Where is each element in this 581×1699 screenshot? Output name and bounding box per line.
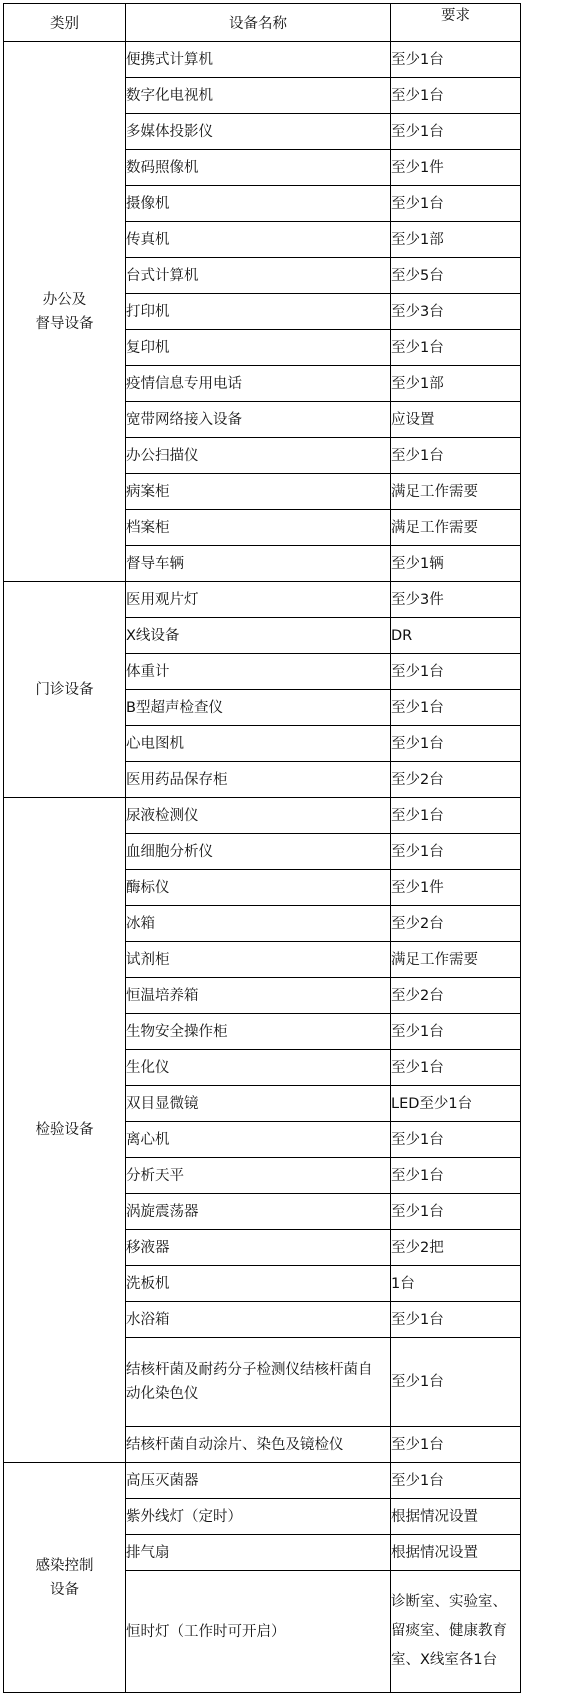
header-row: 类别 设备名称 要求: [4, 4, 521, 42]
requirement-value: 至少3台: [391, 294, 521, 330]
requirement-value: 至少1件: [391, 870, 521, 906]
requirement-value: 根据情况设置: [391, 1499, 521, 1535]
category-cell: 门诊设备: [4, 582, 126, 798]
equipment-name: 台式计算机: [126, 258, 391, 294]
requirement-value: 满足工作需要: [391, 942, 521, 978]
equipment-name: 多媒体投影仪: [126, 114, 391, 150]
requirement-value: 满足工作需要: [391, 474, 521, 510]
equipment-name: 数码照像机: [126, 150, 391, 186]
requirement-value: 至少1台: [391, 1014, 521, 1050]
requirement-value: 至少1件: [391, 150, 521, 186]
equipment-name: 打印机: [126, 294, 391, 330]
equipment-name: B型超声检查仪: [126, 690, 391, 726]
category-label: 门诊设备: [4, 678, 125, 702]
equipment-name: 医用观片灯: [126, 582, 391, 618]
equipment-name: X线设备: [126, 618, 391, 654]
requirement-value: 至少1台: [391, 1463, 521, 1499]
requirement-value: 至少1台: [391, 1427, 521, 1463]
equipment-name: 结核杆菌自动涂片、染色及镜检仪: [126, 1427, 391, 1463]
equipment-name: 酶标仪: [126, 870, 391, 906]
equipment-name: 冰箱: [126, 906, 391, 942]
equipment-name: 传真机: [126, 222, 391, 258]
header-requirement: 要求: [391, 4, 521, 42]
equipment-name: 宽带网络接入设备: [126, 402, 391, 438]
requirement-value: 至少5台: [391, 258, 521, 294]
equipment-name: 督导车辆: [126, 546, 391, 582]
category-label: 督导设备: [4, 312, 125, 336]
requirement-value: 至少1台: [391, 438, 521, 474]
table-body: 办公及督导设备便携式计算机至少1台数字化电视机至少1台多媒体投影仪至少1台数码照…: [4, 42, 521, 1693]
requirement-value: 根据情况设置: [391, 1535, 521, 1571]
equipment-name: 移液器: [126, 1230, 391, 1266]
equipment-name: 数字化电视机: [126, 78, 391, 114]
requirement-value: 至少2台: [391, 978, 521, 1014]
equipment-name: 摄像机: [126, 186, 391, 222]
equipment-name: 复印机: [126, 330, 391, 366]
equipment-name: 病案柜: [126, 474, 391, 510]
requirement-value: 至少1台: [391, 1302, 521, 1338]
category-cell: 办公及督导设备: [4, 42, 126, 582]
category-label: 办公及: [4, 288, 125, 312]
equipment-name: 医用药品保存柜: [126, 762, 391, 798]
equipment-name: 结核杆菌及耐药分子检测仪结核杆菌自动化染色仪: [126, 1338, 391, 1427]
equipment-name: 档案柜: [126, 510, 391, 546]
table-row: 门诊设备医用观片灯至少3件: [4, 582, 521, 618]
equipment-name: 生物安全操作柜: [126, 1014, 391, 1050]
category-cell: 感染控制设备: [4, 1463, 126, 1693]
header-name: 设备名称: [126, 4, 391, 42]
requirement-value: 至少2台: [391, 762, 521, 798]
requirement-value: 至少2台: [391, 906, 521, 942]
equipment-name: 疫情信息专用电话: [126, 366, 391, 402]
requirement-value: 至少1台: [391, 1050, 521, 1086]
requirement-value: 至少1台: [391, 1122, 521, 1158]
equipment-name: 体重计: [126, 654, 391, 690]
requirement-value: 诊断室、实验室、留痰室、健康教育室、X线室各1台: [391, 1571, 521, 1693]
requirement-value: 至少1台: [391, 834, 521, 870]
header-category: 类别: [4, 4, 126, 42]
requirement-value: 至少1台: [391, 1158, 521, 1194]
requirement-value: 至少1部: [391, 222, 521, 258]
requirement-value: 至少1辆: [391, 546, 521, 582]
requirement-value: 至少3件: [391, 582, 521, 618]
equipment-name: 高压灭菌器: [126, 1463, 391, 1499]
requirement-value: 至少2把: [391, 1230, 521, 1266]
equipment-name: 便携式计算机: [126, 42, 391, 78]
requirement-value: 至少1部: [391, 366, 521, 402]
table-row: 办公及督导设备便携式计算机至少1台: [4, 42, 521, 78]
equipment-name: 尿液检测仪: [126, 798, 391, 834]
equipment-name: 排气扇: [126, 1535, 391, 1571]
requirement-value: 应设置: [391, 402, 521, 438]
equipment-name: 恒温培养箱: [126, 978, 391, 1014]
requirement-value: 至少1台: [391, 114, 521, 150]
requirement-value: 至少1台: [391, 726, 521, 762]
equipment-name: 离心机: [126, 1122, 391, 1158]
requirement-value: 至少1台: [391, 78, 521, 114]
requirement-value: 至少1台: [391, 798, 521, 834]
requirement-value: 至少1台: [391, 186, 521, 222]
requirement-value: 满足工作需要: [391, 510, 521, 546]
requirement-value: 至少1台: [391, 1194, 521, 1230]
requirement-value: 至少1台: [391, 690, 521, 726]
equipment-name: 试剂柜: [126, 942, 391, 978]
requirement-value: 至少1台: [391, 42, 521, 78]
equipment-name: 生化仪: [126, 1050, 391, 1086]
equipment-name: 涡旋震荡器: [126, 1194, 391, 1230]
category-cell: 检验设备: [4, 798, 126, 1463]
category-label: 感染控制: [4, 1554, 125, 1578]
equipment-name: 办公扫描仪: [126, 438, 391, 474]
equipment-name: 恒时灯（工作时可开启）: [126, 1571, 391, 1693]
category-label: 设备: [4, 1578, 125, 1602]
requirement-value: LED至少1台: [391, 1086, 521, 1122]
requirement-value: 至少1台: [391, 654, 521, 690]
requirement-value: 1台: [391, 1266, 521, 1302]
category-label: 检验设备: [4, 1118, 125, 1142]
equipment-name: 水浴箱: [126, 1302, 391, 1338]
equipment-name: 紫外线灯（定时）: [126, 1499, 391, 1535]
equipment-name: 分析天平: [126, 1158, 391, 1194]
requirement-value: 至少1台: [391, 330, 521, 366]
equipment-name: 血细胞分析仪: [126, 834, 391, 870]
table-row: 检验设备尿液检测仪至少1台: [4, 798, 521, 834]
requirement-value: 至少1台: [391, 1338, 521, 1427]
requirement-value: DR: [391, 618, 521, 654]
equipment-name: 洗板机: [126, 1266, 391, 1302]
equipment-table: 类别 设备名称 要求 办公及督导设备便携式计算机至少1台数字化电视机至少1台多媒…: [3, 3, 521, 1693]
table-row: 感染控制设备高压灭菌器至少1台: [4, 1463, 521, 1499]
equipment-name: 双目显微镜: [126, 1086, 391, 1122]
equipment-name: 心电图机: [126, 726, 391, 762]
